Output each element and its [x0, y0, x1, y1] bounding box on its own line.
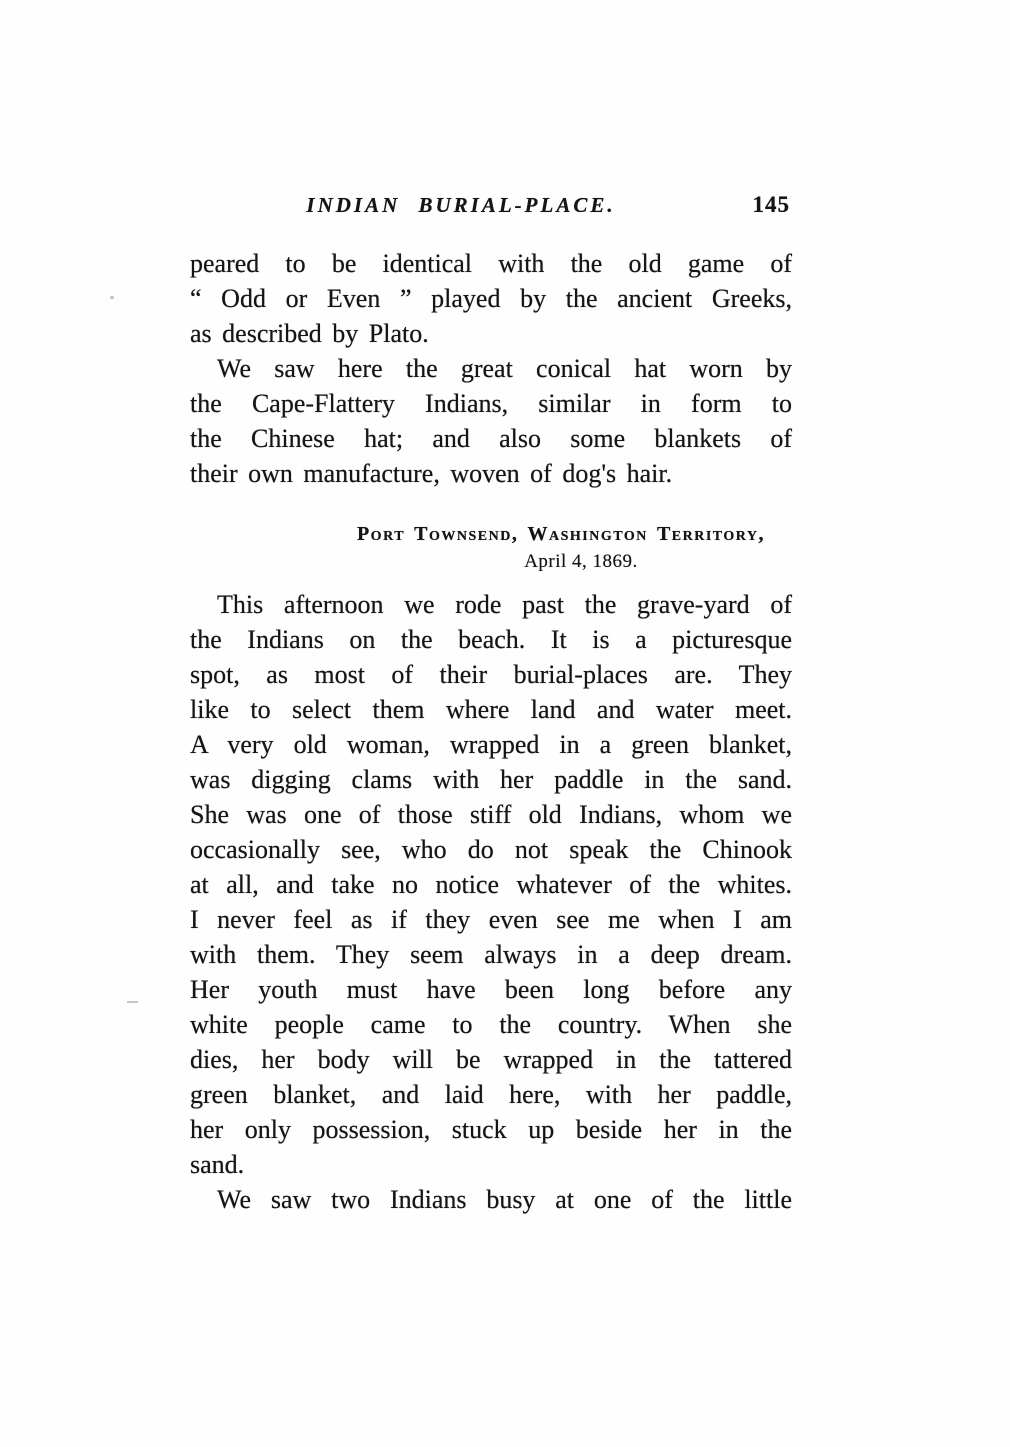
- text-line: occasionally see, who do not speak the C…: [190, 832, 792, 867]
- scan-artifact-dot: [110, 296, 114, 299]
- text-line: peared to be identical with the old game…: [190, 246, 792, 281]
- dateline-place: Port Townsend, Washington Territory,: [330, 521, 792, 548]
- dateline: Port Townsend, Washington Territory, Apr…: [190, 521, 792, 575]
- text-line: their own manufacture, woven of dog's ha…: [190, 456, 792, 491]
- text-line: the Cape-Flattery Indians, similar in fo…: [190, 386, 792, 421]
- text-line: “ Odd or Even ” played by the ancient Gr…: [190, 281, 792, 316]
- text-line: sand.: [190, 1147, 792, 1182]
- paragraph: This afternoon we rode past the grave-ya…: [190, 587, 792, 1182]
- text-line: This afternoon we rode past the grave-ya…: [190, 587, 792, 622]
- text-line: with them. They seem always in a deep dr…: [190, 937, 792, 972]
- text-line: white people came to the country. When s…: [190, 1007, 792, 1042]
- text-line: A very old woman, wrapped in a green bla…: [190, 727, 792, 762]
- scan-artifact-dash: [127, 1001, 138, 1003]
- text-line: dies, her body will be wrapped in the ta…: [190, 1042, 792, 1077]
- text-line: at all, and take no notice whatever of t…: [190, 867, 792, 902]
- text-line: like to select them where land and water…: [190, 692, 792, 727]
- paragraph: peared to be identical with the old game…: [190, 246, 792, 351]
- text-line: was digging clams with her paddle in the…: [190, 762, 792, 797]
- text-line: We saw two Indians busy at one of the li…: [190, 1182, 792, 1217]
- text-block: peared to be identical with the old game…: [190, 246, 792, 1217]
- book-page: INDIAN BURIAL-PLACE. 145 peared to be id…: [0, 0, 1010, 1447]
- dateline-date: April 4, 1869.: [330, 548, 792, 575]
- text-line: the Chinese hat; and also some blankets …: [190, 421, 792, 456]
- paragraph: We saw here the great conical hat worn b…: [190, 351, 792, 491]
- text-line: her only possession, stuck up beside her…: [190, 1112, 792, 1147]
- text-line: as described by Plato.: [190, 316, 792, 351]
- text-line: spot, as most of their burial-places are…: [190, 657, 792, 692]
- text-line: We saw here the great conical hat worn b…: [190, 351, 792, 386]
- running-title: INDIAN BURIAL-PLACE.: [190, 190, 732, 220]
- text-line: I never feel as if they even see me when…: [190, 902, 792, 937]
- text-line: Her youth must have been long before any: [190, 972, 792, 1007]
- page-number: 145: [753, 190, 791, 220]
- text-line: green blanket, and laid here, with her p…: [190, 1077, 792, 1112]
- text-line: She was one of those stiff old Indians, …: [190, 797, 792, 832]
- page-header: INDIAN BURIAL-PLACE. 145: [190, 190, 792, 220]
- text-line: the Indians on the beach. It is a pictur…: [190, 622, 792, 657]
- paragraph: We saw two Indians busy at one of the li…: [190, 1182, 792, 1217]
